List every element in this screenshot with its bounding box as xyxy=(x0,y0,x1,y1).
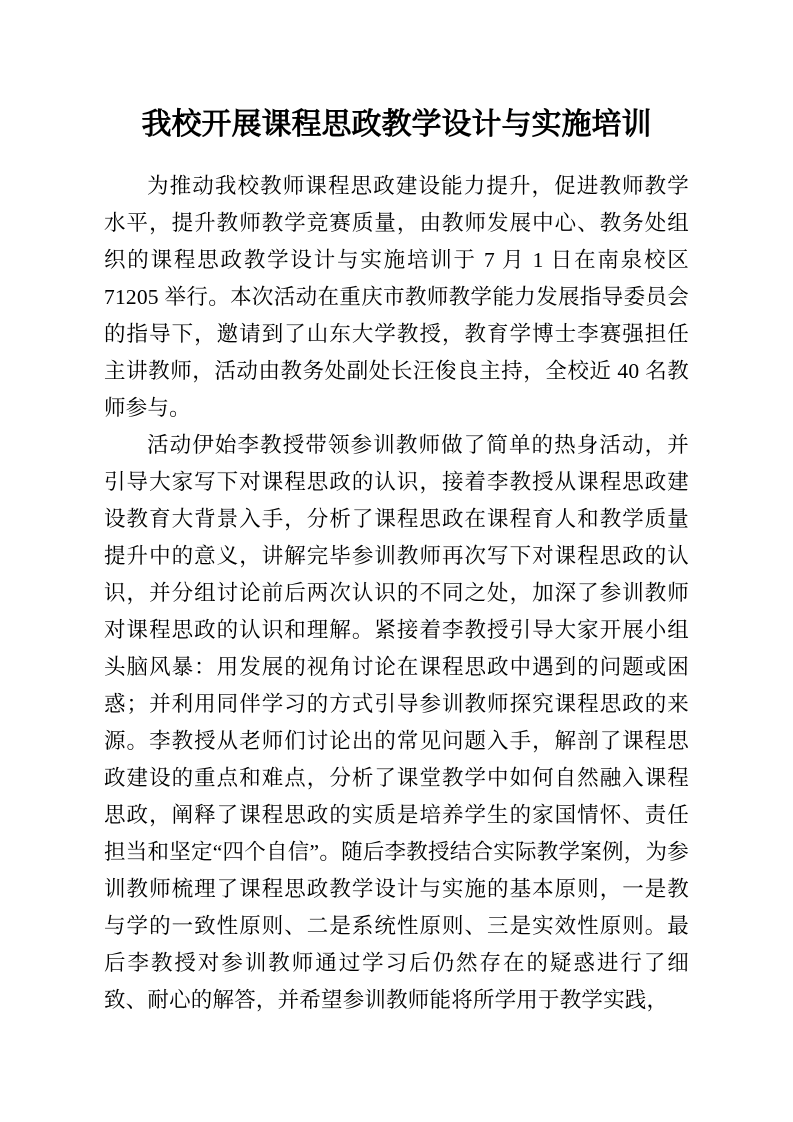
paragraph-activity-detail: 活动伊始李教授带领参训教师做了简单的热身活动，并引导大家写下对课程思政的认识，接… xyxy=(104,427,689,1019)
document-title: 我校开展课程思政教学设计与实施培训 xyxy=(104,106,689,144)
document-page: 我校开展课程思政教学设计与实施培训 为推动我校教师课程思政建设能力提升，促进教师… xyxy=(0,0,793,1122)
paragraph-intro: 为推动我校教师课程思政建设能力提升，促进教师教学水平，提升教师教学竞赛质量，由教… xyxy=(104,168,689,427)
